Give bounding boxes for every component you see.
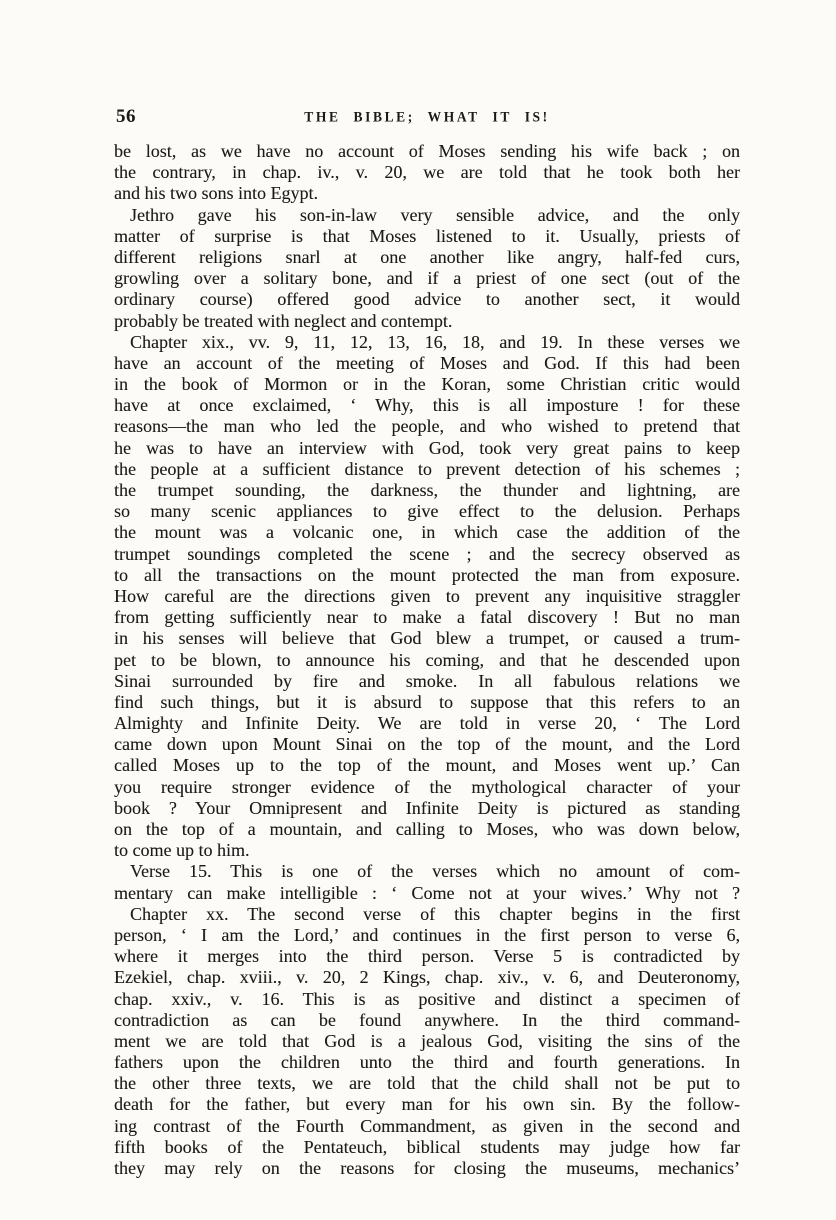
text-line: reasons—the man who led the people, and … <box>114 416 740 437</box>
text-line: the trumpet sounding, the darkness, the … <box>114 480 740 501</box>
text-line: pet to be blown, to announce his coming,… <box>114 650 740 671</box>
text-line: find such things, but it is absurd to su… <box>114 692 740 713</box>
text-line: Chapter xx. The second verse of this cha… <box>114 904 740 925</box>
text-line: in his senses will believe that God blew… <box>114 628 740 649</box>
text-line: Verse 15. This is one of the verses whic… <box>114 861 740 882</box>
text-line: Jethro gave his son-in-law very sensible… <box>114 205 740 226</box>
page-header: 56 THE BIBLE; WHAT IT IS! <box>114 105 740 129</box>
text-line: fifth books of the Pentateuch, biblical … <box>114 1137 740 1158</box>
text-line: came down upon Mount Sinai on the top of… <box>114 734 740 755</box>
text-line: the mount was a volcanic one, in which c… <box>114 522 740 543</box>
text-line: in the book of Mormon or in the Koran, s… <box>114 374 740 395</box>
text-line: have at once exclaimed, ‘ Why, this is a… <box>114 395 740 416</box>
text-line: so many scenic appliances to give effect… <box>114 501 740 522</box>
text-line: to all the transactions on the mount pro… <box>114 565 740 586</box>
text-line: Almighty and Infinite Deity. We are told… <box>114 713 740 734</box>
text-line: and his two sons into Egypt. <box>114 183 740 204</box>
text-line: you require stronger evidence of the myt… <box>114 777 740 798</box>
text-line: the other three texts, we are told that … <box>114 1073 740 1094</box>
text-line: mentary can make intelligible : ‘ Come n… <box>114 883 740 904</box>
book-page: 56 THE BIBLE; WHAT IT IS! be lost, as we… <box>0 0 836 1220</box>
text-line: matter of surprise is that Moses listene… <box>114 226 740 247</box>
text-line: ordinary course) offered good advice to … <box>114 289 740 310</box>
text-line: they may rely on the reasons for closing… <box>114 1158 740 1179</box>
text-line: death for the father, but every man for … <box>114 1094 740 1115</box>
text-line: different religions snarl at one another… <box>114 247 740 268</box>
text-line: probably be treated with neglect and con… <box>114 311 740 332</box>
text-line: Chapter xix., vv. 9, 11, 12, 13, 16, 18,… <box>114 332 740 353</box>
text-line: contradiction as can be found anywhere. … <box>114 1010 740 1031</box>
text-line: on the top of a mountain, and calling to… <box>114 819 740 840</box>
text-line: have an account of the meeting of Moses … <box>114 353 740 374</box>
text-line: person, ‘ I am the Lord,’ and continues … <box>114 925 740 946</box>
text-line: the contrary, in chap. iv., v. 20, we ar… <box>114 162 740 183</box>
text-line: called Moses up to the top of the mount,… <box>114 755 740 776</box>
text-line: How careful are the directions given to … <box>114 586 740 607</box>
text-line: to come up to him. <box>114 840 740 861</box>
text-line: where it merges into the third person. V… <box>114 946 740 967</box>
text-line: Sinai surrounded by fire and smoke. In a… <box>114 671 740 692</box>
text-line: trumpet soundings completed the scene ; … <box>114 544 740 565</box>
running-title: THE BIBLE; WHAT IT IS! <box>304 104 550 126</box>
text-line: be lost, as we have no account of Moses … <box>114 141 740 162</box>
text-line: from getting sufficiently near to make a… <box>114 607 740 628</box>
text-block: be lost, as we have no account of Moses … <box>114 141 740 1179</box>
page-number: 56 <box>116 106 136 128</box>
text-line: chap. xxiv., v. 16. This is as positive … <box>114 989 740 1010</box>
text-line: ment we are told that God is a jealous G… <box>114 1031 740 1052</box>
text-line: he was to have an interview with God, to… <box>114 438 740 459</box>
text-line: Ezekiel, chap. xviii., v. 20, 2 Kings, c… <box>114 967 740 988</box>
text-line: the people at a sufficient distance to p… <box>114 459 740 480</box>
text-line: fathers upon the children unto the third… <box>114 1052 740 1073</box>
text-line: growling over a solitary bone, and if a … <box>114 268 740 289</box>
text-line: book ? Your Omnipresent and Infinite Dei… <box>114 798 740 819</box>
text-line: ing contrast of the Fourth Commandment, … <box>114 1116 740 1137</box>
